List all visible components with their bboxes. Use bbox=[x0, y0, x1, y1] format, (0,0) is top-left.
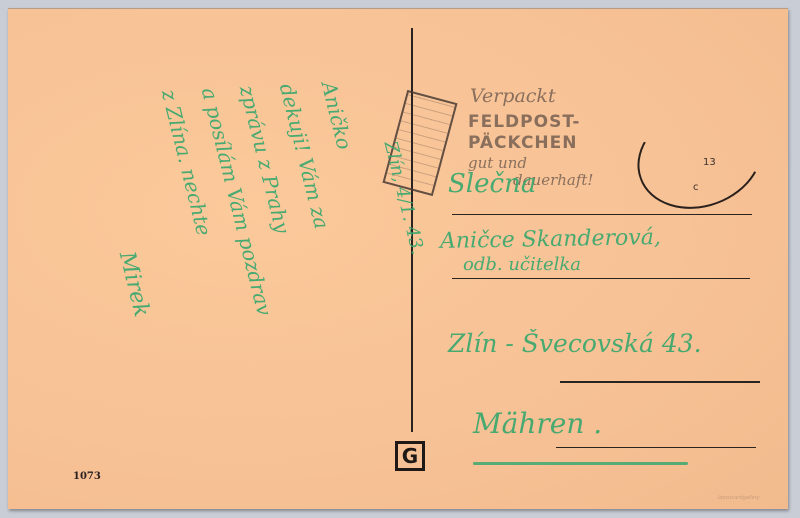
publisher-logo-icon: G bbox=[395, 441, 425, 471]
address-line-2 bbox=[452, 278, 750, 279]
postmark-day: 13 bbox=[703, 157, 716, 168]
postmark-letter: c bbox=[693, 182, 699, 193]
message-line-1: Aničko bbox=[317, 79, 357, 152]
address-line-4 bbox=[556, 447, 756, 448]
region-underline bbox=[473, 462, 688, 465]
address-salutation: Slečna bbox=[448, 169, 536, 199]
postcard: Verpackt FELDPOST- PÄCKCHEN gut und daue… bbox=[8, 8, 788, 509]
address-street: Zlín - Švecovská 43. bbox=[448, 329, 702, 358]
postmark-circle bbox=[623, 88, 777, 226]
slogan-line-1: Verpackt bbox=[470, 85, 556, 107]
watermark: lipostcardgallery bbox=[718, 495, 760, 501]
slogan-line-2: FELDPOST- bbox=[468, 112, 580, 132]
catalog-number: 1073 bbox=[73, 471, 101, 482]
address-line-3 bbox=[560, 381, 760, 383]
message-signature: Mirek bbox=[114, 249, 154, 320]
address-title: odb. učitelka bbox=[463, 254, 581, 275]
slogan-line-3: PÄCKCHEN bbox=[468, 133, 578, 153]
address-region: Mähren . bbox=[473, 407, 602, 440]
address-line-1 bbox=[452, 214, 752, 215]
address-name: Aničce Skanderová, bbox=[440, 225, 661, 254]
